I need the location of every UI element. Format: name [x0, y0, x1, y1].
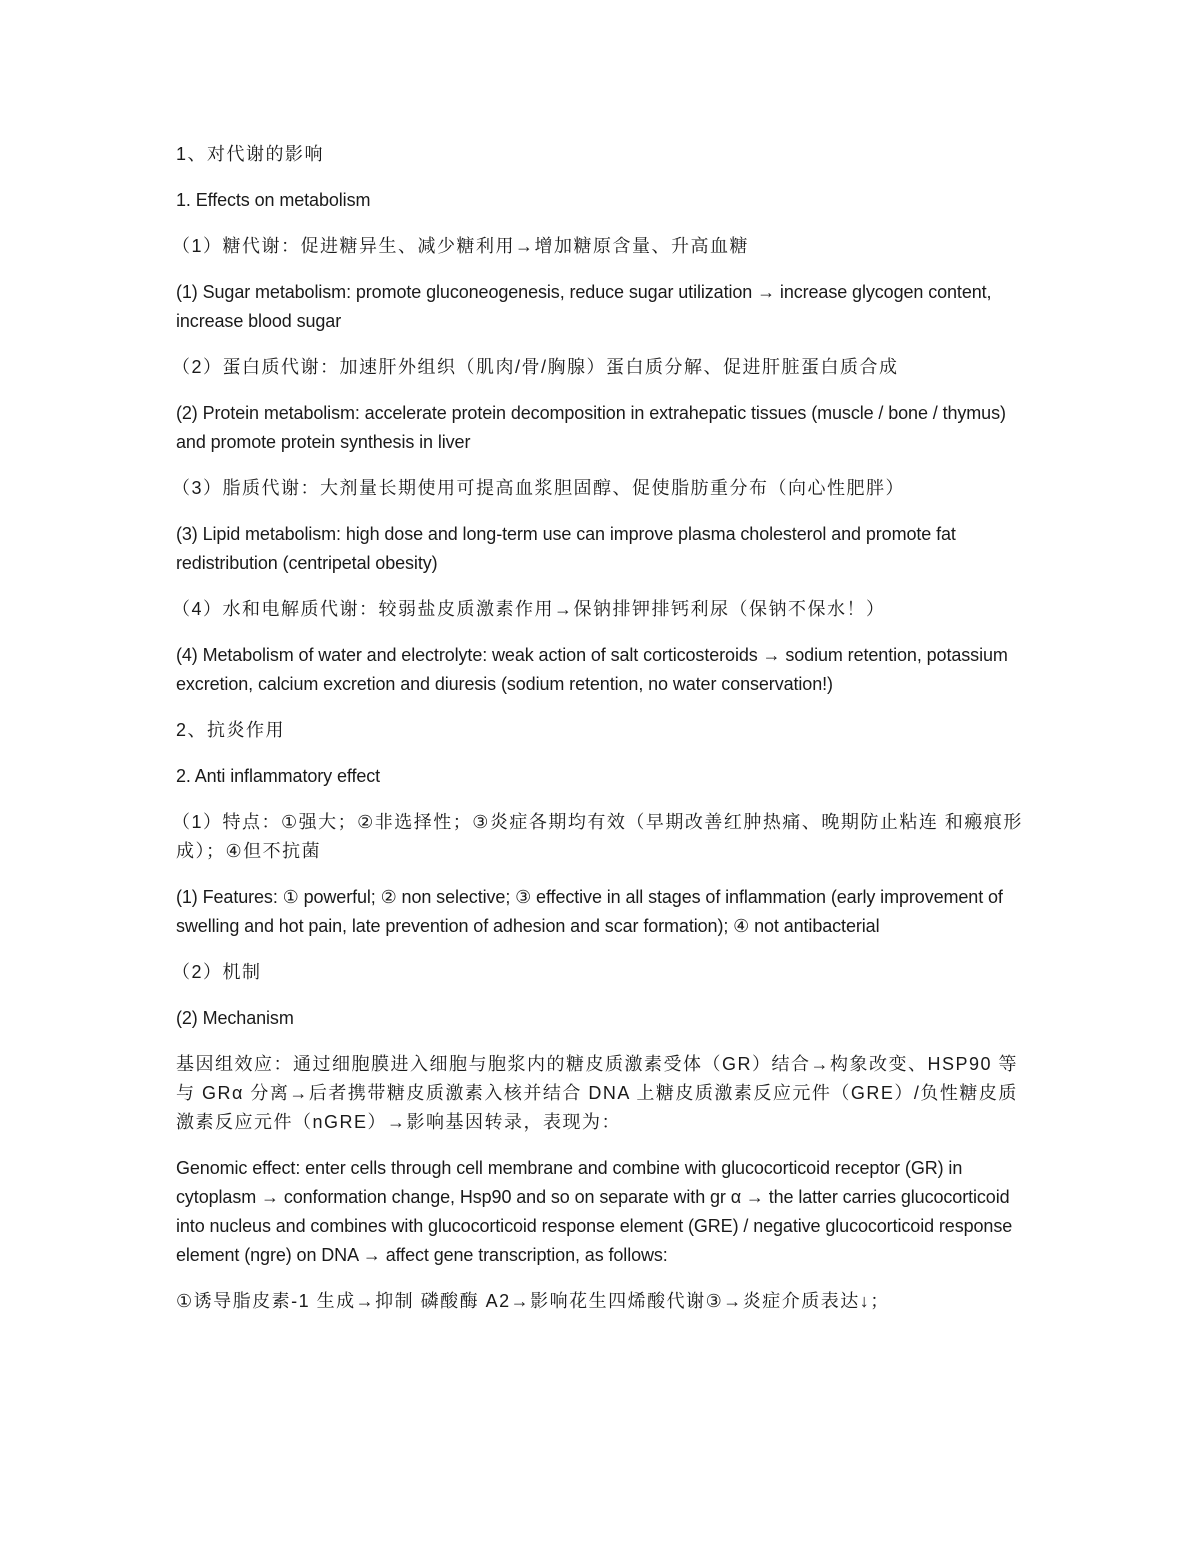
subsection-zh-mechanism: （2）机制: [176, 958, 1036, 987]
subsection-en-water: (4) Metabolism of water and electrolyte:…: [176, 641, 1036, 699]
subsection-zh-lipid: （3）脂质代谢：大剂量长期使用可提高血浆胆固醇、促使脂肪重分布（向心性肥胖）: [176, 474, 1036, 503]
subsection-en-lipid: (3) Lipid metabolism: high dose and long…: [176, 520, 1036, 578]
document-body: 1、对代谢的影响 1. Effects on metabolism （1）糖代谢…: [176, 140, 1036, 1333]
subsection-zh-features: （1）特点：①强大；②非选择性；③炎症各期均有效（早期改善红肿热痛、晚期防止粘连…: [176, 808, 1036, 866]
paragraph-en-genomic-effect: Genomic effect: enter cells through cell…: [176, 1154, 1036, 1270]
paragraph-zh-genomic-effect: 基因组效应：通过细胞膜进入细胞与胞浆内的糖皮质激素受体（GR）结合→构象改变、H…: [176, 1050, 1036, 1137]
subsection-en-protein: (2) Protein metabolism: accelerate prote…: [176, 399, 1036, 457]
document-page: 1、对代谢的影响 1. Effects on metabolism （1）糖代谢…: [0, 0, 1200, 1553]
subsection-zh-water: （4）水和电解质代谢：较弱盐皮质激素作用→保钠排钾排钙利尿（保钠不保水！）: [176, 595, 1036, 624]
subsection-en-features: (1) Features: ① powerful; ② non selectiv…: [176, 883, 1036, 941]
subsection-zh-sugar: （1）糖代谢：促进糖异生、减少糖利用→增加糖原含量、升高血糖: [176, 232, 1036, 261]
section-heading-zh: 1、对代谢的影响: [176, 140, 1036, 169]
section-heading-zh-2: 2、抗炎作用: [176, 716, 1036, 745]
subsection-zh-protein: （2）蛋白质代谢：加速肝外组织（肌肉/骨/胸腺）蛋白质分解、促进肝脏蛋白质合成: [176, 353, 1036, 382]
section-heading-en: 1. Effects on metabolism: [176, 186, 1036, 215]
subsection-en-sugar: (1) Sugar metabolism: promote gluconeoge…: [176, 278, 1036, 336]
subsection-en-mechanism: (2) Mechanism: [176, 1004, 1036, 1033]
paragraph-zh-lipocortin: ①诱导脂皮素-1 生成→抑制 磷酸酶 A2→影响花生四烯酸代谢③→炎症介质表达↓…: [176, 1287, 1036, 1316]
section-heading-en-2: 2. Anti inflammatory effect: [176, 762, 1036, 791]
